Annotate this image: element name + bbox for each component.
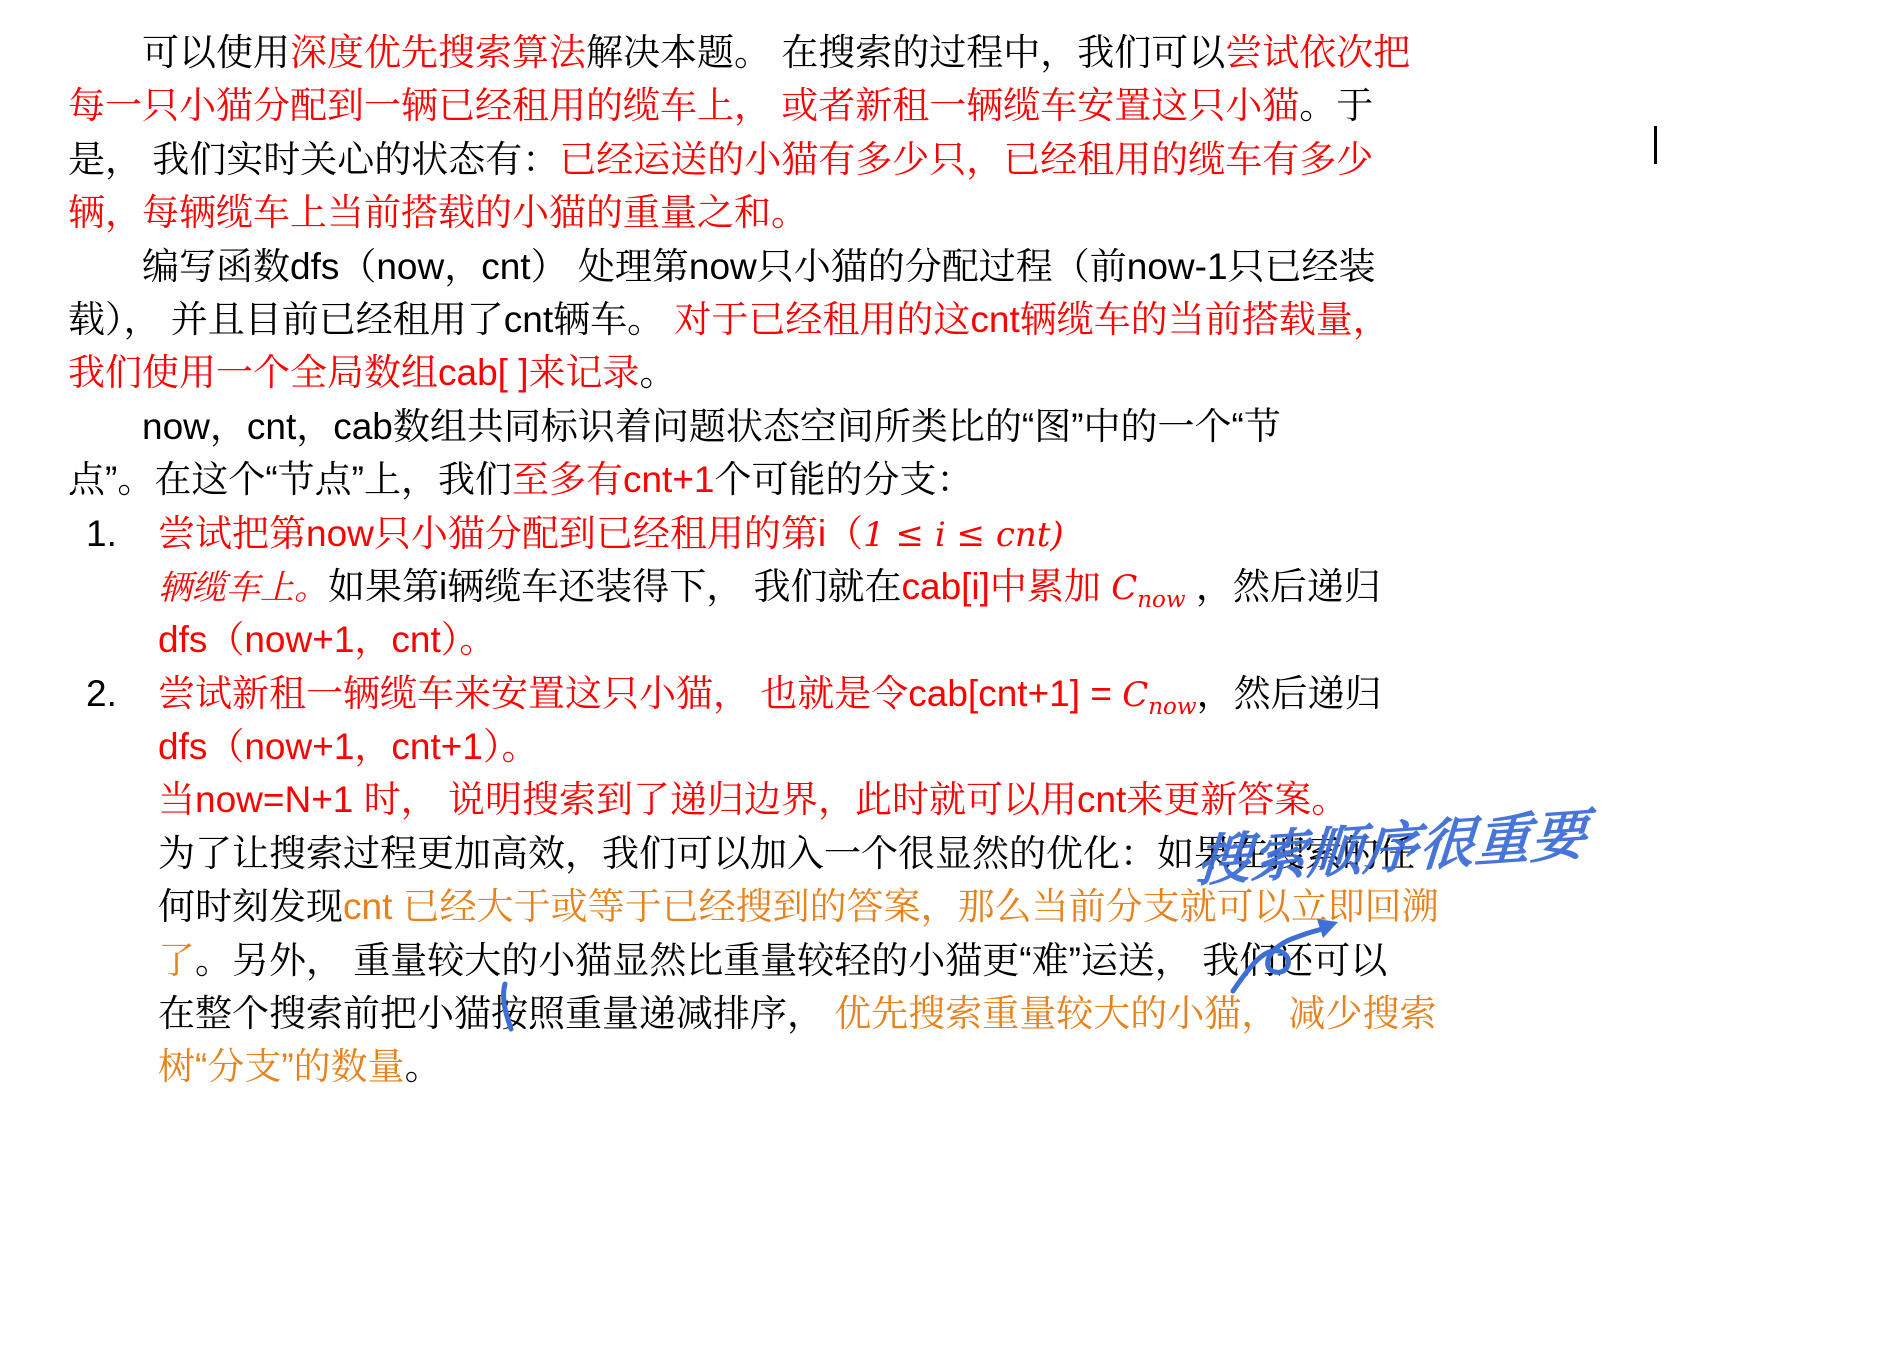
text-run: 尝试新租一辆缆车来安置这只小猫， 也就是令cab[cnt+1] = [158,673,1122,714]
text-line: now，cnt，cab数组共同标识着问题状态空间所类比的“图”中的一个“节 [68,400,1528,453]
text-run: 可以使用 [142,32,290,73]
text-line: 1.尝试把第now只小猫分配到已经租用的第i（1 ≤ i ≤ cnt) [68,507,1528,560]
text-line: 树“分支”的数量。 [68,1040,1528,1093]
text-run: 个可能的分支： [715,459,974,500]
text-run: 了 [158,940,195,981]
text-line: 2.尝试新租一辆缆车来安置这只小猫， 也就是令cab[cnt+1] = Cnow… [68,667,1528,720]
text-run: 对于已经租用的这cnt辆缆车的当前搭载量， [674,299,1389,340]
text-run: 。另外， 重量较大的小猫显然比重量较轻的小猫更“难”运送， 我们还可以 [195,940,1387,981]
text-line: 在整个搜索前把小猫按照重量递减排序， 优先搜索重量较大的小猫， 减少搜索 [68,987,1528,1040]
text-run: 。 [405,1046,442,1087]
text-run: 载）， 并且目前已经租用了cnt辆车。 [68,299,674,340]
text-run: 如果第i辆缆车还装得下， 我们就在 [328,566,902,607]
text-line: 编写函数dfs（now，cnt） 处理第now只小猫的分配过程（前now-1只已… [68,240,1528,293]
text-run: 每一只小猫分配到一辆已经租用的缆车上， 或者新租一辆缆车安置这只小猫 [68,85,1299,126]
text-line: 每一只小猫分配到一辆已经租用的缆车上， 或者新租一辆缆车安置这只小猫。于 [68,79,1528,132]
text-run: 尝试依次把 [1225,32,1410,73]
text-run: 尝试把第now只小猫分配到已经租用的第i（ [158,513,863,554]
text-run: now [1137,587,1185,613]
text-run: 树“分支”的数量 [158,1046,405,1087]
text-line: 我们使用一个全局数组cab[ ]来记录。 [68,346,1528,399]
list-marker: 1. [86,507,117,560]
text-cursor[interactable] [1654,126,1657,164]
text-run: 。于 [1299,85,1373,126]
text-run: C [1122,675,1148,715]
text-run: 点”。在这个“节点”上，我们 [68,459,512,500]
text-line: 可以使用深度优先搜索算法解决本题。 在搜索的过程中，我们可以尝试依次把 [68,26,1528,79]
text-line: 载）， 并且目前已经租用了cnt辆车。 对于已经租用的这cnt辆缆车的当前搭载量… [68,293,1528,346]
text-run: 至多有cnt+1 [512,459,715,500]
text-run: 何时刻发现 [158,886,343,927]
text-line: 辆，每辆缆车上当前搭载的小猫的重量之和。 [68,186,1528,239]
text-run: dfs（now+1，cnt+1）。 [158,726,538,767]
text-line: 是， 我们实时关心的状态有：已经运送的小猫有多少只，已经租用的缆车有多少 [68,133,1528,186]
text-run: 1 ≤ i ≤ cnt) [863,515,1064,555]
text-line: dfs（now+1，cnt）。 [68,613,1528,666]
text-run: cnt 已经大于或等于已经搜到的答案，那么当前分支就可以立即回溯 [343,886,1439,927]
text-run: 是， 我们实时关心的状态有： [68,139,559,180]
text-run: 解决本题。 在搜索的过程中，我们可以 [586,32,1225,73]
text-run: 。 [640,352,677,393]
text-run: now [1148,694,1196,720]
text-run: now，cnt，cab数组共同标识着问题状态空间所类比的“图”中的一个“节 [142,406,1281,447]
text-line: 点”。在这个“节点”上，我们至多有cnt+1个可能的分支： [68,453,1528,506]
text-run: 辆，每辆缆车上当前搭载的小猫的重量之和。 [68,192,808,233]
text-run: 在整个搜索前把小猫按照重量递减排序， [158,993,834,1034]
list-marker: 2. [86,667,117,720]
text-run: ，然后递归 [1197,673,1382,714]
text-run: cab[i]中累加 [902,566,1112,607]
text-run: 已经运送的小猫有多少只，已经租用的缆车有多少 [559,139,1373,180]
text-run: 辆缆车上。 [158,568,328,608]
text-run: C [1111,568,1137,608]
text-line: 了。另外， 重量较大的小猫显然比重量较轻的小猫更“难”运送， 我们还可以 [68,934,1528,987]
text-line: dfs（now+1，cnt+1）。 [68,720,1528,773]
text-run: ，然后递归 [1186,566,1381,607]
text-line: 辆缆车上。如果第i辆缆车还装得下， 我们就在cab[i]中累加 Cnow ，然后… [68,560,1528,613]
text-run: 编写函数dfs（now，cnt） 处理第now只小猫的分配过程（前now-1只已… [142,246,1376,287]
document-body: 可以使用深度优先搜索算法解决本题。 在搜索的过程中，我们可以尝试依次把每一只小猫… [68,26,1528,1094]
text-run: 我们使用一个全局数组cab[ ]来记录 [68,352,640,393]
text-run: dfs（now+1，cnt）。 [158,619,496,660]
text-run: 当now=N+1 时， 说明搜索到了递归边界，此时就可以用cnt来更新答案。 [158,779,1348,820]
text-run: 优先搜索重量较大的小猫， 减少搜索 [834,993,1436,1034]
text-run: 深度优先搜索算法 [290,32,586,73]
